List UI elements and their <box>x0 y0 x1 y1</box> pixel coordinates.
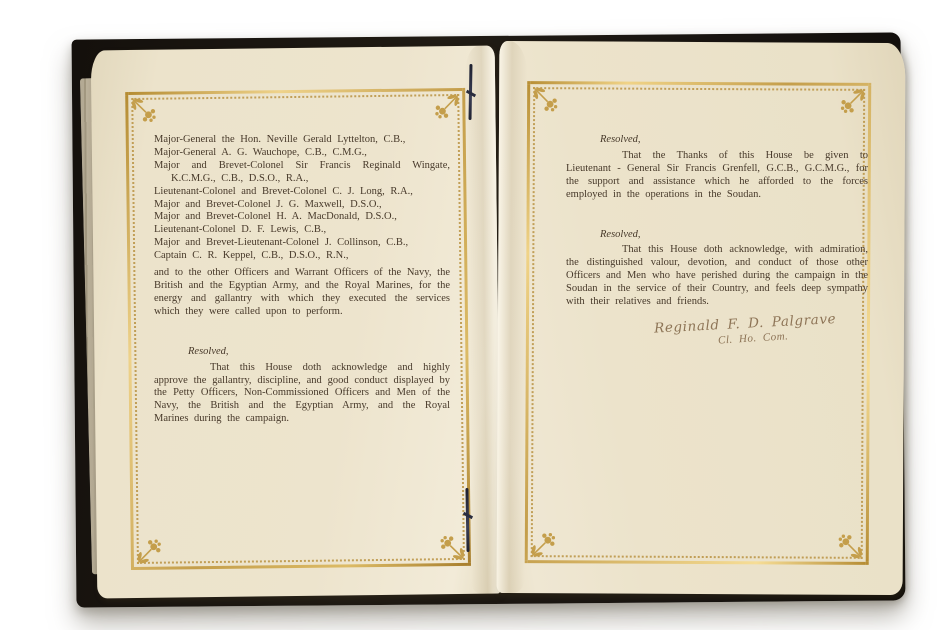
left-page-text: Major-General the Hon. Neville Gerald Ly… <box>154 134 450 426</box>
floral-corner-icon <box>439 534 466 561</box>
open-presentation-book: Major-General the Hon. Neville Gerald Ly… <box>58 20 903 612</box>
honours-list-item: Captain C. R. Keppel, C.B., D.S.O., R.N.… <box>154 250 450 263</box>
resolved-label: Resolved, <box>600 134 868 147</box>
honours-list-item: Major and Brevet-Lieutenant-Colonel J. C… <box>154 237 450 250</box>
resolved-label: Resolved, <box>600 229 868 242</box>
floral-corner-icon <box>530 531 557 558</box>
floral-corner-icon <box>532 86 559 113</box>
floral-corner-icon <box>837 533 864 560</box>
right-page-text: Resolved, That the Thanks of this House … <box>566 134 868 343</box>
photograph-background: Major-General the Hon. Neville Gerald Ly… <box>0 0 950 630</box>
honours-list-item: Major-General the Hon. Neville Gerald Ly… <box>154 134 450 147</box>
floral-corner-icon <box>136 538 163 565</box>
floral-corner-icon <box>130 97 157 124</box>
closing-paragraph: and to the other Officers and Warrant Of… <box>154 267 450 319</box>
floral-corner-icon <box>839 88 866 115</box>
resolution-paragraph: That this House doth acknowledge and hig… <box>154 362 450 427</box>
honours-list-item: Major and Brevet-Colonel H. A. MacDonald… <box>154 211 450 224</box>
floral-corner-icon <box>433 93 460 120</box>
honours-list-item: Lieutenant-Colonel D. F. Lewis, C.B., <box>154 224 450 237</box>
resolution-paragraph: That this House doth acknowledge, with a… <box>566 244 868 309</box>
honours-list-item: Major-General A. G. Wauchope, C.B., C.M.… <box>154 147 450 160</box>
resolved-label: Resolved, <box>188 346 450 359</box>
honours-list: Major-General the Hon. Neville Gerald Ly… <box>154 134 450 263</box>
honours-list-item: Lieutenant-Colonel and Brevet-Colonel C.… <box>154 186 450 199</box>
honours-list-item: Major and Brevet-Colonel Sir Francis Reg… <box>154 160 450 186</box>
resolution-paragraph: That the Thanks of this House be given t… <box>566 150 868 202</box>
honours-list-item: Major and Brevet-Colonel J. G. Maxwell, … <box>154 199 450 212</box>
